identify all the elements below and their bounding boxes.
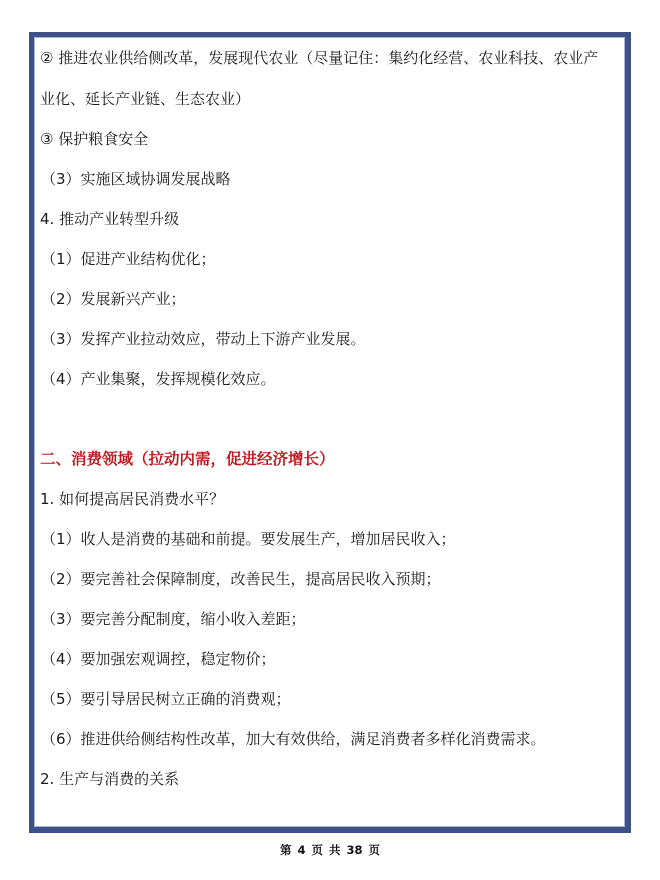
text-line: （1）促进产业结构优化； <box>41 249 216 269</box>
text-line: （4）要加强宏观调控，稳定物价； <box>41 649 276 669</box>
text-line: （4）产业集聚，发挥规模化效应。 <box>41 369 276 389</box>
text-line: （5）要引导居民树立正确的消费观； <box>41 689 291 709</box>
page-number: 第 4 页 共 38 页 <box>0 842 660 858</box>
text-line: 业化、延长产业链、生态农业） <box>40 89 250 109</box>
page-content: ② 推进农业供给侧改革，发展现代农业（尽量记住：集约化经营、农业科技、农业产 业… <box>34 37 625 827</box>
text-line: ② 推进农业供给侧改革，发展现代农业（尽量记住：集约化经营、农业科技、农业产 <box>40 48 598 68</box>
text-line: （3）实施区域协调发展战略 <box>41 169 231 189</box>
text-line: （6）推进供给侧结构性改革，加大有效供给，满足消费者多样化消费需求。 <box>41 729 546 749</box>
text-line: 4. 推动产业转型升级 <box>40 209 179 229</box>
text-line: ③ 保护粮食安全 <box>40 129 148 149</box>
text-line: （3）要完善分配制度，缩小收入差距； <box>41 609 306 629</box>
text-line: （1）收人是消费的基础和前提。要发展生产，增加居民收入； <box>41 529 456 549</box>
section-heading: 二、消费领域（拉动内需，促进经济增长） <box>40 449 335 469</box>
text-line: （2）发展新兴产业； <box>41 289 186 309</box>
page-frame: ② 推进农业供给侧改革，发展现代农业（尽量记住：集约化经营、农业科技、农业产 业… <box>29 32 631 833</box>
text-line: （2）要完善社会保障制度，改善民生，提高居民收入预期； <box>41 569 441 589</box>
text-line: 2. 生产与消费的关系 <box>40 769 179 789</box>
text-line: 1. 如何提高居民消费水平？ <box>40 489 224 509</box>
text-line: （3）发挥产业拉动效应，带动上下游产业发展。 <box>41 329 366 349</box>
